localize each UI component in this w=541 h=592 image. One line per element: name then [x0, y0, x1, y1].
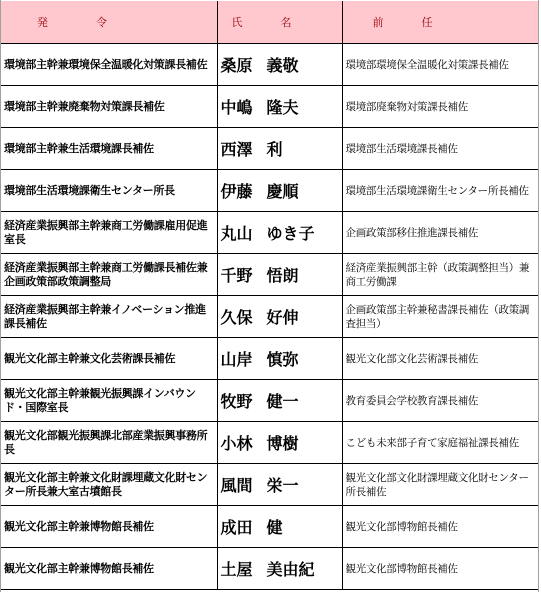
table-row: 観光文化部主幹兼博物館長補佐 土屋美由紀 観光文化部博物館長補佐	[1, 548, 538, 590]
table-row: 観光文化部主幹兼文化財課埋蔵文化財センター所長兼大室古墳館長 風間栄一 観光文化…	[1, 464, 538, 506]
previous-cell: 経済産業振興部主幹（政策調整担当）兼商工労働課	[342, 254, 538, 296]
header-order: 発 令	[1, 1, 217, 44]
table-row: 環境部主幹兼生活環境課長補佐 西澤利 環境部生活環境課長補佐	[1, 128, 538, 170]
given-name: 利	[267, 137, 283, 160]
name-cell: 丸山ゆき子	[217, 212, 342, 254]
name-cell: 小林博樹	[217, 422, 342, 464]
name-cell: 西澤利	[217, 128, 342, 170]
previous-cell: 企画政策部主幹兼秘書課長補佐（政策調査担当）	[342, 296, 538, 338]
personnel-page: 発 令 氏 名 前 任	[0, 0, 541, 592]
surname: 牧野	[221, 389, 265, 412]
name-cell: 桑原義敬	[217, 44, 342, 86]
name-cell: 久保好伸	[217, 296, 342, 338]
surname: 西澤	[221, 137, 265, 160]
order-cell: 環境部主幹兼廃棄物対策課長補佐	[1, 86, 217, 128]
previous-cell: 環境部生活環境課衛生センター所長補佐	[342, 170, 538, 212]
previous-cell: 企画政策部移住推進課長補佐	[342, 212, 538, 254]
name-cell: 牧野健一	[217, 380, 342, 422]
previous-cell: 観光文化部博物館長補佐	[342, 506, 538, 548]
given-name: 栄一	[267, 473, 299, 496]
header-name: 氏 名	[217, 1, 342, 44]
surname: 小林	[221, 431, 265, 454]
given-name: 博樹	[267, 431, 299, 454]
surname: 山岸	[221, 347, 265, 370]
given-name: 好伸	[267, 305, 299, 328]
order-cell: 環境部生活環境課衛生センター所長	[1, 170, 217, 212]
table-row: 経済産業振興部主幹兼商工労働課長補佐兼企画政策部政策調整局 千野悟朗 経済産業振…	[1, 254, 538, 296]
surname: 風間	[221, 473, 265, 496]
previous-cell: 観光文化部文化財課埋蔵文化財センター所長補佐	[342, 464, 538, 506]
order-cell: 観光文化部主幹兼文化芸術課長補佐	[1, 338, 217, 380]
name-cell: 伊藤慶順	[217, 170, 342, 212]
previous-cell: 環境部環境保全温暖化対策課長補佐	[342, 44, 538, 86]
order-cell: 観光文化部主幹兼文化財課埋蔵文化財センター所長兼大室古墳館長	[1, 464, 217, 506]
given-name: 健一	[267, 389, 299, 412]
given-name: 健	[267, 515, 283, 538]
header-name-char-1: 氏	[232, 14, 243, 30]
previous-cell: 環境部廃棄物対策課長補佐	[342, 86, 538, 128]
header-previous-char-1: 前	[373, 14, 384, 30]
table-row: 観光文化部主幹兼観光振興課インバウンド・国際室長 牧野健一 教育委員会学校教育課…	[1, 380, 538, 422]
previous-cell: 教育委員会学校教育課長補佐	[342, 380, 538, 422]
table-row: 観光文化部観光振興課北部産業振興事務所長 小林博樹 こども未来部子育て家庭福祉課…	[1, 422, 538, 464]
table-row: 環境部生活環境課衛生センター所長 伊藤慶順 環境部生活環境課衛生センター所長補佐	[1, 170, 538, 212]
surname: 土屋	[221, 557, 265, 580]
order-cell: 経済産業振興部主幹兼商工労働課雇用促進室長	[1, 212, 217, 254]
table-row: 環境部主幹兼廃棄物対策課長補佐 中嶋隆夫 環境部廃棄物対策課長補佐	[1, 86, 538, 128]
order-cell: 観光文化部主幹兼観光振興課インバウンド・国際室長	[1, 380, 217, 422]
name-cell: 成田健	[217, 506, 342, 548]
surname: 丸山	[221, 221, 265, 244]
table-row: 経済産業振興部主幹兼イノベーション推進課長補佐 久保好伸 企画政策部主幹兼秘書課…	[1, 296, 538, 338]
header-row: 発 令 氏 名 前 任	[1, 1, 538, 44]
right-edge-line	[538, 0, 539, 592]
order-cell: 経済産業振興部主幹兼イノベーション推進課長補佐	[1, 296, 217, 338]
header-name-char-2: 名	[281, 14, 292, 30]
surname: 千野	[221, 263, 265, 286]
surname: 伊藤	[221, 179, 265, 202]
order-cell: 観光文化部主幹兼博物館長補佐	[1, 506, 217, 548]
name-cell: 風間栄一	[217, 464, 342, 506]
order-cell: 観光文化部主幹兼博物館長補佐	[1, 548, 217, 590]
order-cell: 観光文化部観光振興課北部産業振興事務所長	[1, 422, 217, 464]
given-name: 慎弥	[267, 347, 299, 370]
order-cell: 環境部主幹兼環境保全温暖化対策課長補佐	[1, 44, 217, 86]
table-row: 観光文化部主幹兼文化芸術課長補佐 山岸慎弥 観光文化部文化芸術課長補佐	[1, 338, 538, 380]
header-previous: 前 任	[342, 1, 538, 44]
previous-cell: 観光文化部博物館長補佐	[342, 548, 538, 590]
surname: 中嶋	[221, 95, 265, 118]
given-name: 慶順	[267, 179, 299, 202]
surname: 成田	[221, 515, 265, 538]
previous-cell: こども未来部子育て家庭福祉課長補佐	[342, 422, 538, 464]
table-row: 観光文化部主幹兼博物館長補佐 成田健 観光文化部博物館長補佐	[1, 506, 538, 548]
previous-cell: 観光文化部文化芸術課長補佐	[342, 338, 538, 380]
given-name: 美由紀	[267, 557, 315, 580]
table-row: 経済産業振興部主幹兼商工労働課雇用促進室長 丸山ゆき子 企画政策部移住推進課長補…	[1, 212, 538, 254]
name-cell: 山岸慎弥	[217, 338, 342, 380]
given-name: 義敬	[267, 53, 299, 76]
name-cell: 土屋美由紀	[217, 548, 342, 590]
previous-cell: 環境部生活環境課長補佐	[342, 128, 538, 170]
given-name: ゆき子	[267, 221, 315, 244]
header-previous-char-2: 任	[422, 14, 433, 30]
surname: 桑原	[221, 53, 265, 76]
given-name: 隆夫	[267, 95, 299, 118]
surname: 久保	[221, 305, 265, 328]
header-order-char-2: 令	[96, 14, 107, 30]
personnel-table: 発 令 氏 名 前 任	[1, 1, 538, 590]
order-cell: 経済産業振興部主幹兼商工労働課長補佐兼企画政策部政策調整局	[1, 254, 217, 296]
name-cell: 中嶋隆夫	[217, 86, 342, 128]
header-order-char-1: 発	[37, 14, 48, 30]
table-row: 環境部主幹兼環境保全温暖化対策課長補佐 桑原義敬 環境部環境保全温暖化対策課長補…	[1, 44, 538, 86]
given-name: 悟朗	[267, 263, 299, 286]
order-cell: 環境部主幹兼生活環境課長補佐	[1, 128, 217, 170]
name-cell: 千野悟朗	[217, 254, 342, 296]
